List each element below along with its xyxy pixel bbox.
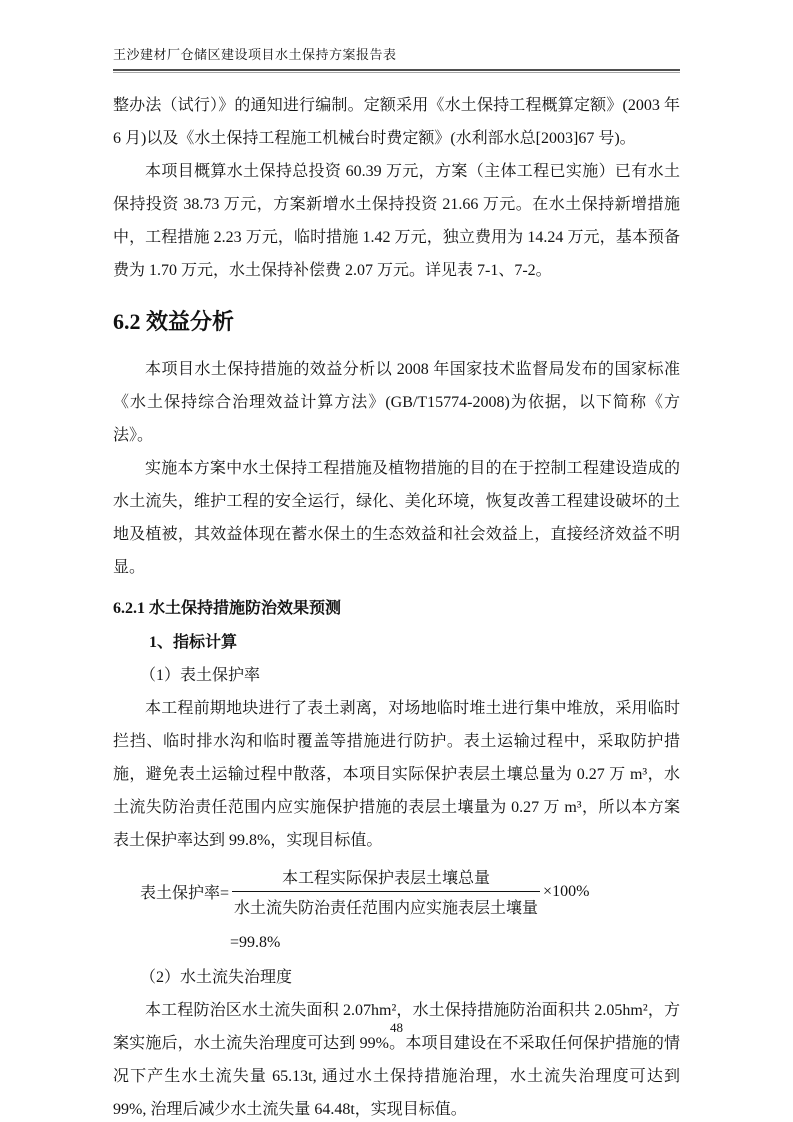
paragraph-topsoil-protection: 本工程前期地块进行了表土剥离，对场地临时堆土进行集中堆放，采用临时拦挡、临时排水…: [113, 692, 680, 857]
item-heading-index-calculation: 1、指标计算: [149, 628, 680, 658]
paragraph-analysis-basis: 本项目水土保持措施的效益分析以 2008 年国家技术监督局发布的国家标准《水土保…: [113, 353, 680, 452]
page-content: 王沙建材厂仓储区建设项目水土保持方案报告表 整办法（试行）》的通知进行编制。定额…: [0, 0, 793, 1122]
formula-result: =99.8%: [230, 928, 680, 958]
formula-topsoil-protection-rate: 表土保护率= 本工程实际保护表层土壤总量 水土流失防治责任范围内应实施表层土壤量…: [140, 865, 680, 918]
paragraph-carryover: 整办法（试行）》的通知进行编制。定额采用《水土保持工程概算定额》(2003 年 …: [113, 89, 680, 155]
subsection-heading-prediction: 6.2.1 水土保持措施防治效果预测: [113, 596, 680, 622]
document-page: 王沙建材厂仓储区建设项目水土保持方案报告表 整办法（试行）》的通知进行编制。定额…: [0, 0, 793, 1122]
paragraph-measure-purpose: 实施本方案中水土保持工程措施及植物措施的目的在于控制工程建设造成的水土流失，维护…: [113, 452, 680, 584]
label-topsoil-protection-rate: （1）表土保护率: [140, 660, 680, 692]
formula-fraction: 本工程实际保护表层土壤总量 水土流失防治责任范围内应实施表层土壤量: [232, 865, 540, 918]
paragraph-erosion-control: 本工程防治区水土流失面积 2.07hm²，水土保持措施防治面积共 2.05hm²…: [113, 994, 680, 1122]
page-number: 48: [0, 1020, 793, 1036]
formula-lhs: 表土保护率=: [140, 880, 229, 903]
header-divider: [113, 69, 680, 73]
formula-multiplier: ×100%: [543, 883, 589, 901]
section-heading-benefit-analysis: 6.2 效益分析: [113, 307, 680, 337]
label-erosion-control-degree: （2）水土流失治理度: [140, 962, 680, 994]
paragraph-investment-summary: 本项目概算水土保持总投资 60.39 万元，方案（主体工程已实施）已有水土保持投…: [113, 155, 680, 287]
formula-denominator: 水土流失防治责任范围内应实施表层土壤量: [232, 891, 540, 918]
formula-numerator: 本工程实际保护表层土壤总量: [232, 865, 540, 891]
document-header-title: 王沙建材厂仓储区建设项目水土保持方案报告表: [113, 46, 680, 69]
